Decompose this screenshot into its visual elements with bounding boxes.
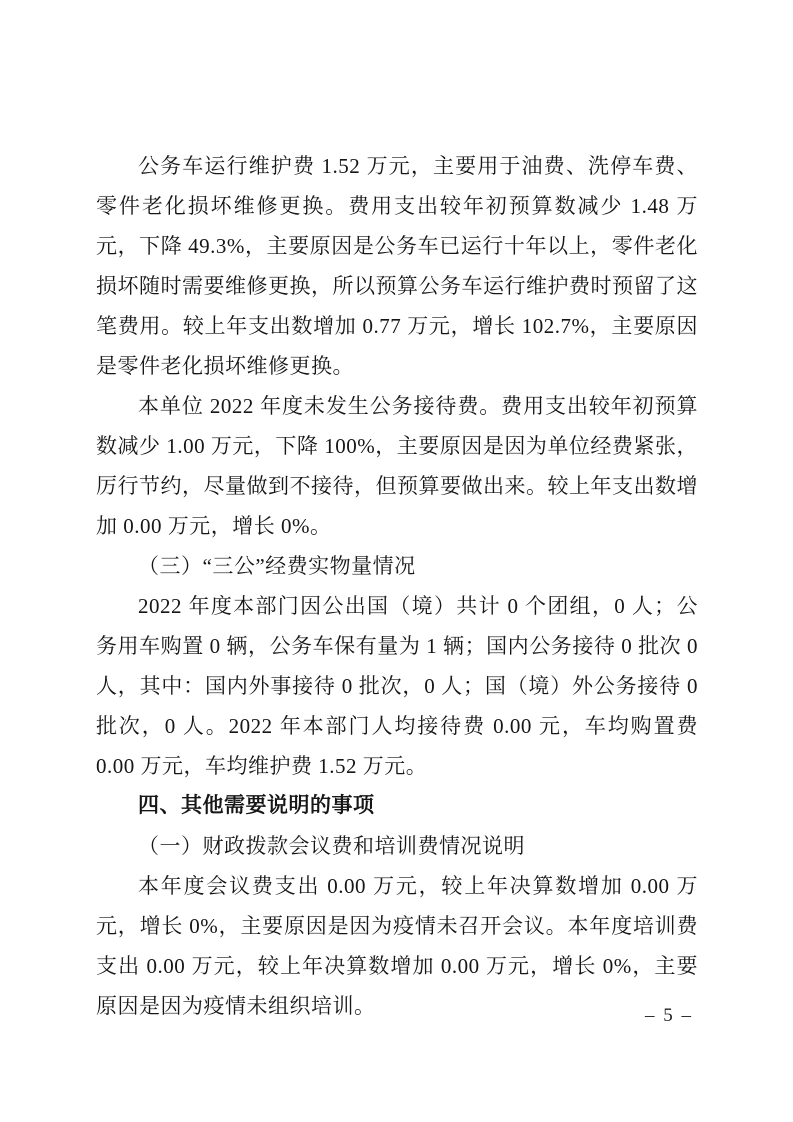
paragraph-vehicle-maintenance-fee: 公务车运行维护费 1.52 万元，主要用于油费、洗停车费、零件老化损坏维修更换。… — [96, 146, 698, 386]
document-page: 公务车运行维护费 1.52 万元，主要用于油费、洗停车费、零件老化损坏维修更换。… — [0, 0, 793, 1122]
subsection-heading-three-public-physical-quantity: （三）“三公”经费实物量情况 — [96, 546, 698, 586]
page-number: – 5 – — [645, 1001, 693, 1031]
section-heading-other-matters: 四、其他需要说明的事项 — [96, 786, 698, 826]
document-body: 公务车运行维护费 1.52 万元，主要用于油费、洗停车费、零件老化损坏维修更换。… — [96, 146, 698, 1026]
paragraph-official-reception-fee: 本单位 2022 年度未发生公务接待费。费用支出较年初预算数减少 1.00 万元… — [96, 386, 698, 546]
paragraph-meeting-training-fee-details: 本年度会议费支出 0.00 万元，较上年决算数增加 0.00 万元，增长 0%，… — [96, 866, 698, 1026]
paragraph-physical-quantity-details: 2022 年度本部门因公出国（境）共计 0 个团组，0 人；公务用车购置 0 辆… — [96, 586, 698, 786]
subsection-heading-meeting-training-fee: （一）财政拨款会议费和培训费情况说明 — [96, 826, 698, 866]
